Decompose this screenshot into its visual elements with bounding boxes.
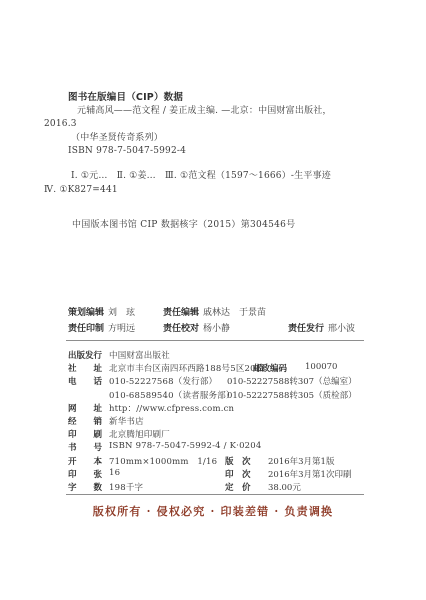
credit-name: 杨小静: [203, 321, 230, 334]
colophon-label: 电 话: [68, 375, 102, 387]
colophon-row: 网 址 http：//www.cfpress.com.cn: [68, 402, 408, 415]
colophon-value: 2016年3月第1次印刷: [268, 468, 351, 480]
colophon-value: 北京腾旭印刷厂: [109, 428, 170, 440]
cip-isbn-line: ISBN 978-7-5047-5992-4: [44, 145, 374, 159]
colophon-row: 印 张 16 印 次 2016年3月第1次印刷: [68, 468, 408, 481]
staff-credits: 策划编辑 刘 玹 责任编辑 戚林达 于景苗 责任印制 方明远 责任校对 杨小静 …: [68, 305, 378, 337]
colophon-row: 字 数 198千字 定 价 38.00元: [68, 481, 408, 494]
cip-block: 图书在版编目（CIP）数据 元辅高风——范文程 / 姜正成主编. —北京：中国财…: [44, 91, 374, 197]
colophon-value: 中国财富出版社: [109, 349, 170, 361]
colophon-value: 710mm×1000mm 1/16: [109, 455, 217, 467]
colophon-row: 经 销 新华书店: [68, 415, 408, 428]
colophon-value: ISBN 978-7-5047-5992-4 / K·0204: [109, 441, 262, 451]
colophon-row: 电 话 010-52227568（发行部） 010-52227588转307（总…: [68, 375, 408, 388]
colophon-label: 字 数: [68, 481, 102, 493]
colophon-value: 北京市丰台区南四环西路188号5区20楼: [109, 362, 264, 374]
colophon-value: 010-52227588转307（总编室）: [227, 375, 357, 387]
colophon-row: 010-68589540（读者服务部） 010-52227588转305（质检部…: [68, 389, 408, 402]
colophon-value: http：//www.cfpress.com.cn: [109, 402, 234, 414]
colophon-value: 198千字: [109, 481, 143, 493]
cip-header: 图书在版编目（CIP）数据: [44, 91, 374, 105]
copyright-notice: 版权所有 · 侵权必究 · 印装差错 · 负责调换: [0, 503, 426, 519]
colophon-label: 经 销: [68, 415, 102, 427]
credit-label: 责任印制: [68, 321, 104, 334]
colophon-label: 网 址: [68, 402, 102, 414]
cip-series-line: （中华圣贤传奇系列）: [44, 132, 374, 146]
cip-title-line: 元辅高风——范文程 / 姜正成主编. —北京：中国财富出版社，: [44, 105, 374, 119]
colophon-label: 印 刷: [68, 428, 102, 440]
colophon-label: 定 价: [225, 481, 251, 493]
colophon-value: 010-68589540（读者服务部）: [109, 389, 235, 401]
colophon-label: 邮政编码: [253, 362, 287, 374]
colophon-value: 100070: [305, 362, 337, 372]
colophon-row: 开 本 710mm×1000mm 1/16 版 次 2016年3月第1版: [68, 455, 408, 468]
cip-record-number: 中国版本图书馆 CIP 数据核字（2015）第304546号: [72, 217, 295, 230]
colophon-block: 出版发行 中国财富出版社 社 址 北京市丰台区南四环西路188号5区20楼 邮政…: [68, 349, 408, 494]
colophon-label: 版 次: [225, 455, 251, 467]
credit-name: 邢小波: [328, 321, 355, 334]
colophon-row: 出版发行 中国财富出版社: [68, 349, 408, 362]
colophon-value: 16: [109, 468, 120, 478]
colophon-label: 印 张: [68, 468, 102, 480]
credit-name: 方明远: [108, 321, 135, 334]
colophon-label: 开 本: [68, 455, 102, 467]
credit-name: 刘 玹: [108, 305, 135, 318]
colophon-value: 2016年3月第1版: [268, 455, 334, 467]
colophon-value: 38.00元: [268, 481, 301, 493]
colophon-row: 书 号 ISBN 978-7-5047-5992-4 / K·0204: [68, 441, 408, 454]
colophon-label: 社 址: [68, 362, 102, 374]
credits-row: 策划编辑 刘 玹 责任编辑 戚林达 于景苗: [68, 305, 378, 321]
copyright-page: 图书在版编目（CIP）数据 元辅高风——范文程 / 姜正成主编. —北京：中国财…: [0, 0, 426, 600]
colophon-value: 010-52227568（发行部）: [109, 375, 217, 387]
colophon-value: 新华书店: [109, 415, 144, 427]
credit-name: 戚林达 于景苗: [203, 305, 266, 318]
divider-line: [66, 494, 364, 495]
colophon-row: 社 址 北京市丰台区南四环西路188号5区20楼 邮政编码 100070: [68, 362, 408, 375]
colophon-row: 印 刷 北京腾旭印刷厂: [68, 428, 408, 441]
colophon-label: 出版发行: [68, 349, 102, 361]
cip-year-line: 2016.3: [44, 118, 374, 132]
credits-row: 责任印制 方明远 责任校对 杨小静 责任发行 邢小波: [68, 321, 378, 337]
colophon-label: 印 次: [225, 468, 251, 480]
credit-label: 策划编辑: [68, 305, 104, 318]
spacer: [44, 159, 374, 170]
cip-classification-line2: Ⅳ. ①K827=441: [44, 184, 374, 198]
divider-line: [66, 340, 364, 341]
credit-label: 责任校对: [163, 321, 199, 334]
colophon-value: 010-52227588转305（质检部）: [227, 389, 357, 401]
colophon-label: 书 号: [68, 441, 102, 453]
credit-label: 责任编辑: [163, 305, 199, 318]
credit-label: 责任发行: [288, 321, 324, 334]
cip-classification-line1: Ⅰ. ①元… Ⅱ. ①姜… Ⅲ. ①范文程（1597～1666）-生平事迹: [44, 170, 374, 184]
